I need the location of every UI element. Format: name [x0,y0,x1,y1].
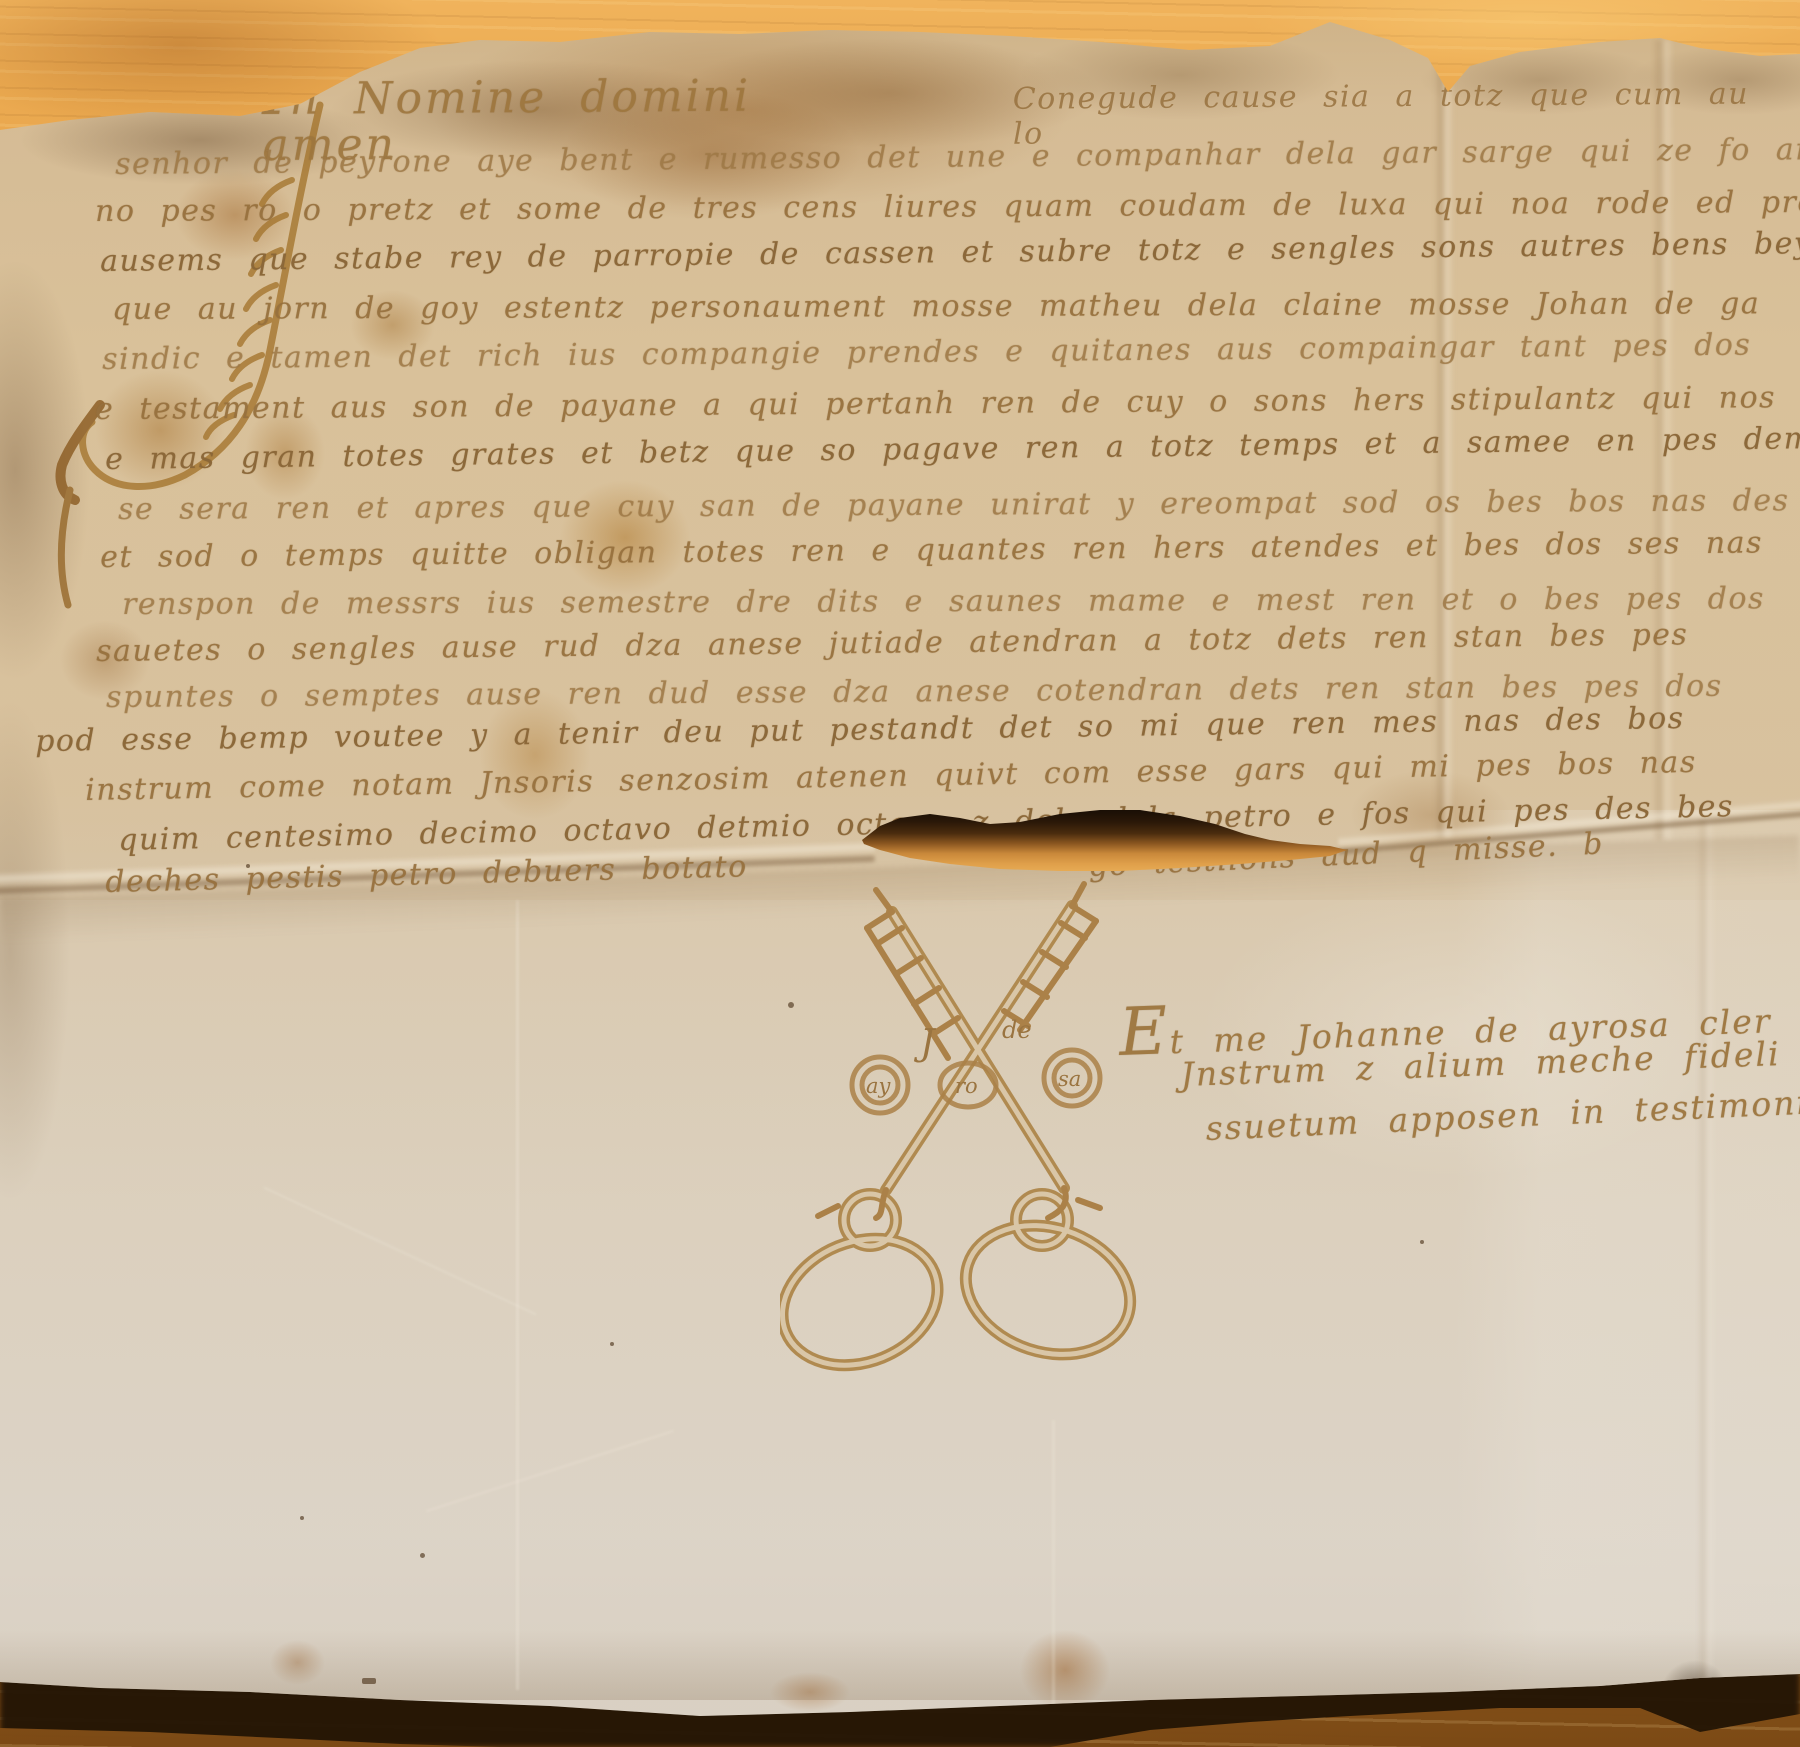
manuscript-line: se sera ren et apres que cuy san de paya… [118,486,1790,525]
manuscript-photo: J ay ro de sa In Nomine domini amen Cone… [0,0,1800,1747]
ink-speck [1420,1240,1424,1244]
sign-monogram: J [913,1023,937,1064]
ink-speck [362,1678,376,1684]
sign-syllable: ro [955,1074,978,1098]
sign-syllable: sa [1058,1067,1081,1091]
ink-speck [300,1516,304,1520]
wrinkle-line [1052,1420,1055,1710]
sign-syllable: ay [866,1074,892,1098]
manuscript-line: que au jorn de goy estentz personaument … [112,289,1760,325]
ink-speck [420,1553,425,1558]
manuscript-line: no pes ro o pretz et some de tres cens l… [95,188,1800,227]
ink-speck [246,864,250,868]
ink-speck [610,1342,614,1346]
crossed-keys-notarial-sign: J ay ro de sa [780,870,1200,1380]
ink-speck [788,1002,794,1008]
parchment-sheet: J ay ro de sa In Nomine domini amen Cone… [0,0,1800,1747]
sign-syllable: de [1002,1016,1032,1044]
wrinkle-line [516,900,519,1690]
vertical-fold-crease [1697,820,1715,1680]
manuscript-line: renspon de messrs ius semestre dre dits … [122,584,1765,620]
